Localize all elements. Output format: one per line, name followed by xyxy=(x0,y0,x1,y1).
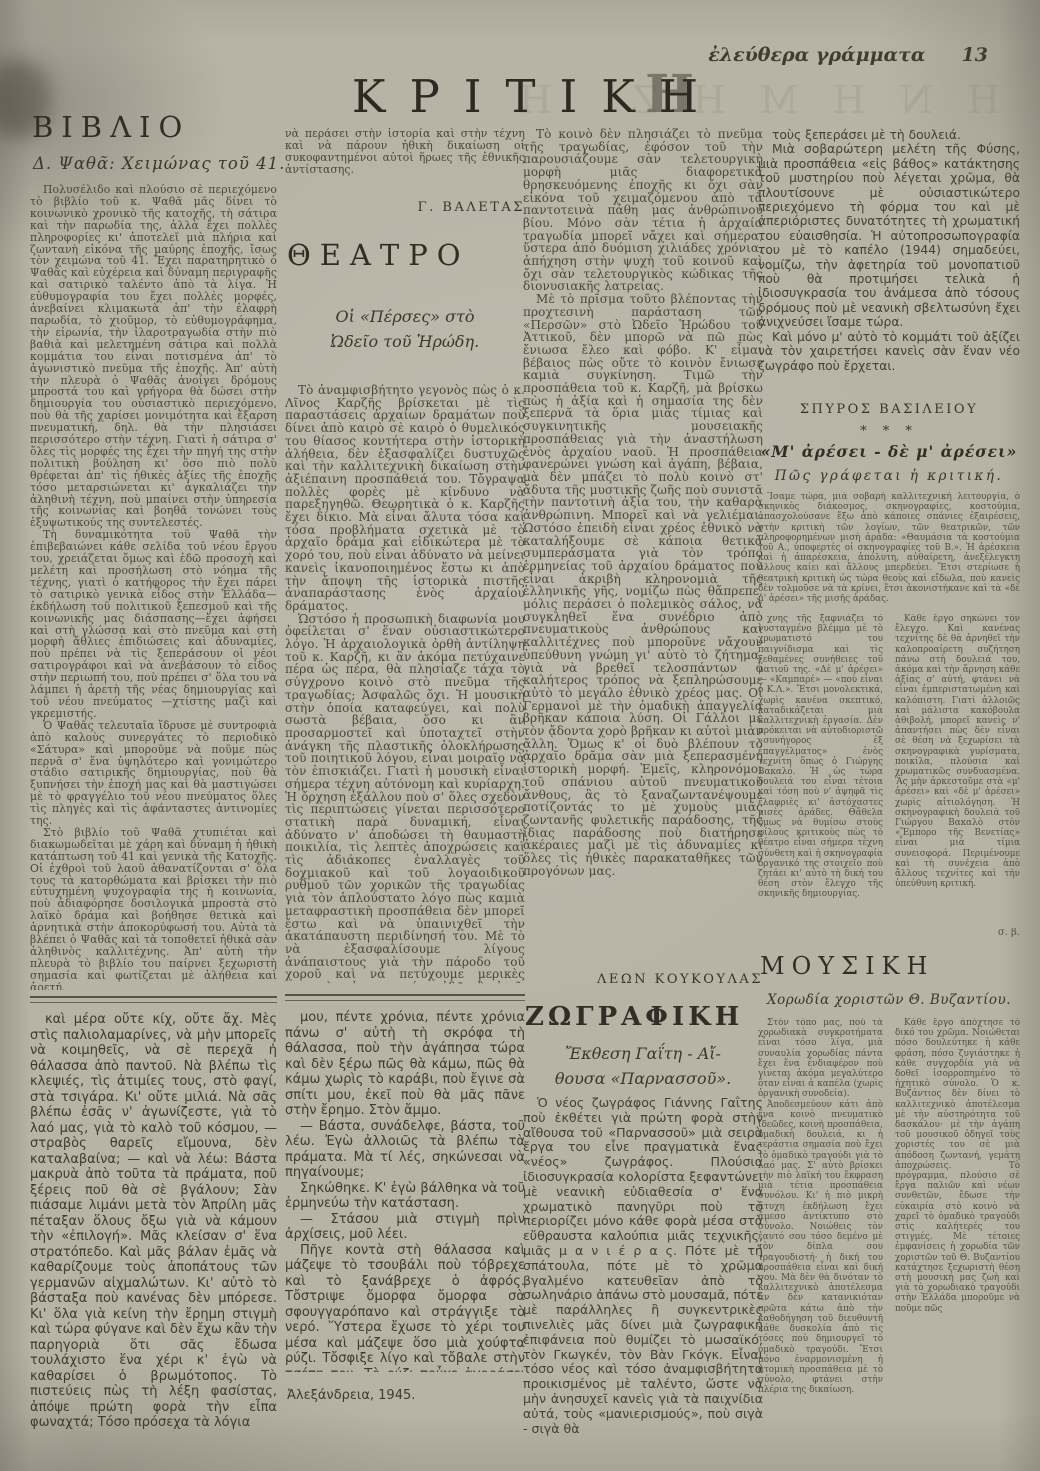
theatro-subheading: Οἱ «Πέρσες» στὸ Ὠδεῖο τοῦ Ἡρώδη. xyxy=(285,305,525,355)
signature-valetas: Γ. ΒΑΛΕΤΑΣ xyxy=(285,200,525,215)
paragraph: νὰ περάσει στὴν ἱστορία καὶ στὴν τέχνη κ… xyxy=(285,128,525,176)
page-title: ΚΡΙΤΙΚΗ xyxy=(295,70,755,123)
newspaper-page: ΗΝΗΜΗΖ Η Η ἐλεύθερα γράμματα 13 ΚΡΙΤΙΚΗ … xyxy=(0,0,1040,1471)
section-divider-rule xyxy=(285,994,525,1001)
paragraph: Πολυσέλιδο καὶ πλούσιο σὲ περιεχόμενο τὸ… xyxy=(30,184,277,529)
paragraph: Πῆγε κοντὰ στὴ θάλασσα καὶ μάζεψε τὸ τσο… xyxy=(285,1243,525,1373)
zografiki-body-continuation: τοὺς ξεπεράσει μὲ τὴ δουλειά.Μιὰ σοβαρώτ… xyxy=(758,128,1020,394)
section-divider-rule xyxy=(30,996,277,1003)
paragraph: καὶ μέρα οὔτε κίχ, οὔτε ἄχ. Μὲς στὶς παλ… xyxy=(30,1012,277,1431)
paragraph: Στὸν τόπο μας, ποὺ τὰ χορωδιακὰ συγκροτή… xyxy=(758,1018,883,1100)
theatro-subheading-line1: Οἱ «Πέρσες» στὸ xyxy=(285,305,525,330)
paragraph: — Στάσου μιὰ στιγμὴ πρὶν ἀρχίσεις, μοῦ λ… xyxy=(285,1212,525,1243)
zografiki-body: Ὁ νέος ζωγράφος Γιάννης Γαΐτης ποὺ ἐκθέτ… xyxy=(523,1096,763,1462)
paragraph: Τὸ ἀναμφισβήτητο γεγονὸς πὼς ὁ κ. Λῖνος … xyxy=(285,384,525,613)
signature-vasileiou: ΣΠΥΡΟΣ ΒΑΣΙΛΕΙΟΥ xyxy=(758,402,1020,417)
page-number: 13 xyxy=(962,44,988,66)
paragraph: Κάθε ἔργο ἀπόχτησε τὸ δικό του χρῶμα. Νο… xyxy=(895,1018,1020,1314)
theatro-body-col2: Τὸ κοινὸ δὲν πλησιάζει τὸ πνεῦμα τῆς τρα… xyxy=(523,128,763,962)
literary-excerpt-col1: καὶ μέρα οὔτε κίχ, οὔτε ἄχ. Μὲς στὶς παλ… xyxy=(30,1012,277,1462)
paragraph: Σηκώθηκε. Κ' ἐγὼ βάλθηκα νὰ τοῦ ἑρμηνεύω… xyxy=(285,1181,525,1212)
zografiki-subheading: Ἔκθεση Γαΐτη - Αἴ- θουσα «Παρνασσοῦ». xyxy=(523,1042,763,1092)
masthead-title: ἐλεύθερα γράμματα xyxy=(708,44,925,66)
paragraph: Ὁ νέος ζωγράφος Γιάννης Γαΐτης ποὺ ἐκθέτ… xyxy=(523,1096,763,1436)
biblio-subheading: Δ. Ψαθᾶ: Χειμώνας τοῦ 41. xyxy=(33,154,285,173)
mousiki-subheading: Χορωδία χοριστῶν Θ. Βυζαντίου. xyxy=(758,992,1020,1008)
paragraph: Ὁ Ψαθᾶς τελευταῖα ἵδρυσε μὲ συντροφιὰ ἀπ… xyxy=(30,720,277,827)
biblio-continuation: νὰ περάσει στὴν ἱστορία καὶ στὴν τέχνη κ… xyxy=(285,128,525,190)
mousiki-left-column: Στὸν τόπο μας, ποὺ τὰ χορωδιακὰ συγκροτή… xyxy=(758,1018,883,1464)
section-heading-theatro: ΘΕΑΤΡΟ xyxy=(287,238,470,272)
paragraph: Ὡστόσο ἡ προσωπικὴ διαφωνία μου ὀφείλετα… xyxy=(285,613,525,984)
note-subheading: Πῶς γράφεται ἡ κριτική. xyxy=(758,468,1020,484)
paragraph: Στὸ βιβλίο τοῦ Ψαθᾶ χτυπιέται καὶ διακωμ… xyxy=(30,827,277,990)
paragraph: Τὸ κοινὸ δὲν πλησιάζει τὸ πνεῦμα τῆς τρα… xyxy=(523,128,763,293)
paragraph: — Βάστα, συνάδελφε, βάστα, τοῦ λέω. Ἐγὼ … xyxy=(285,1119,525,1181)
section-heading-zografiki: ΖΩΓΡΑΦΙΚΗ xyxy=(525,1002,743,1032)
zografiki-subheading-line1: Ἔκθεση Γαΐτη - Αἴ- xyxy=(523,1042,763,1067)
paragraph: μου, πέντε χρόνια, πέντε χρόνια πάνω σ' … xyxy=(285,1010,525,1119)
biblio-body-col1: Πολυσέλιδο καὶ πλούσιο σὲ περιεχόμενο τὸ… xyxy=(30,184,277,990)
signature-sb: σ. β. xyxy=(880,928,1020,938)
mousiki-two-columns: Στὸν τόπο μας, ποὺ τὰ χορωδιακὰ συγκροτή… xyxy=(758,1018,1020,1464)
zografiki-subheading-line2: θουσα «Παρνασσοῦ». xyxy=(523,1067,763,1092)
paragraph: Ἀποδεσμεύουν κάτι ἀπὸ ἕνα κοινὸ πνευματι… xyxy=(758,1100,883,1396)
note-two-columns: χνης τῆς ξαφνιάζει τὸ νυσταγμένο βλέμμα … xyxy=(758,614,1020,924)
signature-koukoulas: ΛΕΩΝ ΚΟΥΚΟΥΛΑΣ xyxy=(523,972,763,987)
paragraph: χνης τῆς ξαφνιάζει τὸ νυσταγμένο βλέμμα … xyxy=(758,614,883,900)
paragraph: Καὶ μόνο μ' αὐτὸ τὸ κομμάτι τοῦ ἀξίζει ν… xyxy=(758,330,1020,373)
paragraph: τοὺς ξεπεράσει μὲ τὴ δουλειά. xyxy=(758,128,1020,142)
asterisk-divider: * * * xyxy=(758,424,1020,439)
section-heading-biblio: ΒΙΒΛΙΟ xyxy=(32,110,190,144)
note-heading: «Μ' ἀρέσει - δὲ μ' ἀρέσει» xyxy=(758,442,1020,461)
masthead: ἐλεύθερα γράμματα 13 xyxy=(708,44,988,66)
paragraph: Τὴ δυναμικότητα τοῦ Ψαθᾶ τὴν ἐπιβεβαιώνε… xyxy=(30,529,277,720)
paragraph: Ἴσαμε τώρα, μιὰ σοβαρὴ καλλιτεχνικὴ λειτ… xyxy=(758,492,1020,604)
literary-excerpt-col2: μου, πέντε χρόνια, πέντε χρόνια πάνω σ' … xyxy=(285,1010,525,1372)
paragraph: Μιὰ σοβαρώτερη μελέτη τῆς Φύσης, μιὰ προ… xyxy=(758,142,1020,329)
note-left-column: χνης τῆς ξαφνιάζει τὸ νυσταγμένο βλέμμα … xyxy=(758,614,883,924)
theatro-subheading-line2: Ὠδεῖο τοῦ Ἡρώδη. xyxy=(285,330,525,355)
mousiki-right-column: Κάθε ἔργο ἀπόχτησε τὸ δικό του χρῶμα. Νο… xyxy=(895,1018,1020,1464)
note-intro: Ἴσαμε τώρα, μιὰ σοβαρὴ καλλιτεχνικὴ λειτ… xyxy=(758,492,1020,610)
note-right-column: Κάθε ἔργο σηκώνει τὸν ἔλεγχο. Καὶ κανένα… xyxy=(895,614,1020,924)
paragraph: Μὲ τὸ πρῖσμα τοῦτο βλέποντας τὴν προχτεσ… xyxy=(523,293,763,877)
excerpt-dateline: Ἀλεξάνδρεια, 1945. xyxy=(287,1388,415,1403)
paragraph: Κάθε ἔργο σηκώνει τὸν ἔλεγχο. Καὶ κανένα… xyxy=(895,614,1020,889)
theatro-body-col1: Τὸ ἀναμφισβήτητο γεγονὸς πὼς ὁ κ. Λῖνος … xyxy=(285,384,525,984)
section-heading-mousiki: ΜΟΥΣΙΚΗ xyxy=(760,952,934,980)
